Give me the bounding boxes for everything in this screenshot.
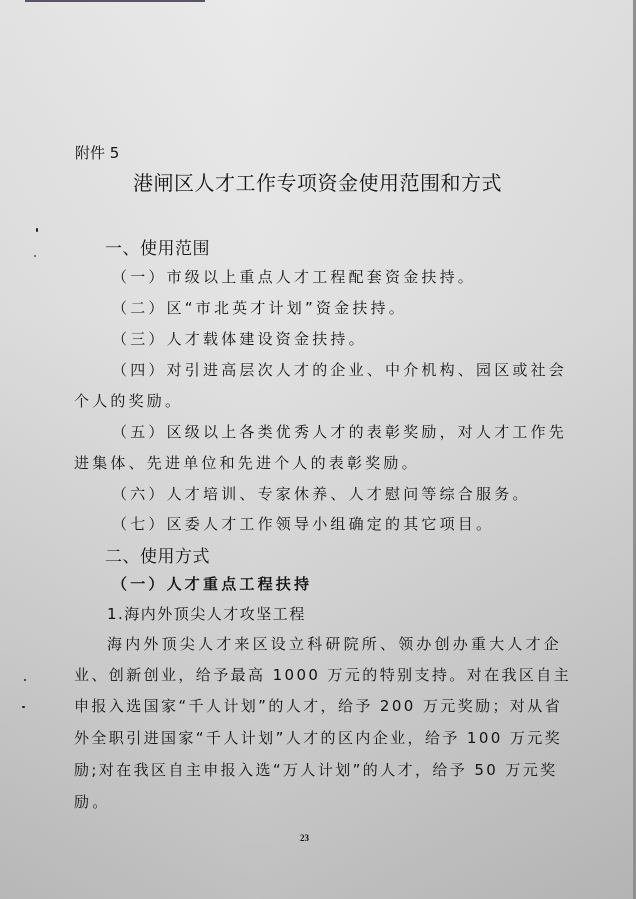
scan-speck [22,706,25,708]
scan-edge-strip [25,0,205,2]
annex-label: 附件 5 [75,142,119,163]
scope-item-1: （一）市级以上重点人才工程配套资金扶持。 [112,266,476,287]
scan-speck [24,679,26,681]
section-heading-scope: 一、使用范围 [105,234,210,259]
paragraph-line-4: 外全职引进国家“千人计划”人才的区内企业，给予 100 万元奖 [74,727,562,748]
document-title: 港闸区人才工作专项资金使用范围和方式 [133,167,502,196]
scope-item-6: （六）人才培训、专家休养、人才慰问等综合服务。 [112,483,531,504]
paragraph-line-3: 申报入选国家“千人计划”的人才，给予 200 万元奖励；对从省 [74,695,562,716]
scan-speck [34,255,36,257]
subsection-heading: （一）人才重点工程扶持 [112,573,312,594]
paragraph-line-5: 励;对在我区自主申报入选“万人计划”的人才，给予 50 万元奖 [74,759,558,780]
scope-item-4-line1: （四）对引进高层次人才的企业、中介机构、园区或社会 [112,359,567,380]
paragraph-line-2: 业、创新创业，给予最高 1000 万元的特别支持。对在我区自主 [74,664,571,685]
section-heading-method: 二、使用方式 [105,542,210,567]
scope-item-4-line2: 个人的奖励。 [74,390,183,411]
scope-item-5-line1: （五）区级以上各类优秀人才的表彰奖励，对人才工作先 [112,421,567,442]
scope-item-5-line2: 进集体、先进单位和先进个人的表彰奖励。 [74,452,420,473]
scan-speck [36,228,38,232]
item-title: 1.海内外顶尖人才攻坚工程 [107,603,306,624]
paragraph-line-6: 励。 [74,791,110,812]
scope-item-2: （二）区“市北英才计划”资金扶持。 [112,297,407,318]
scope-item-3: （三）人才载体建设资金扶持。 [112,328,367,349]
scope-item-7: （七）区委人才工作领导小组确定的其它项目。 [112,513,494,534]
page-number: 23 [300,833,309,843]
paragraph-line-1: 海内外顶尖人才来区设立科研院所、领办创办重大人才企 [107,633,562,654]
